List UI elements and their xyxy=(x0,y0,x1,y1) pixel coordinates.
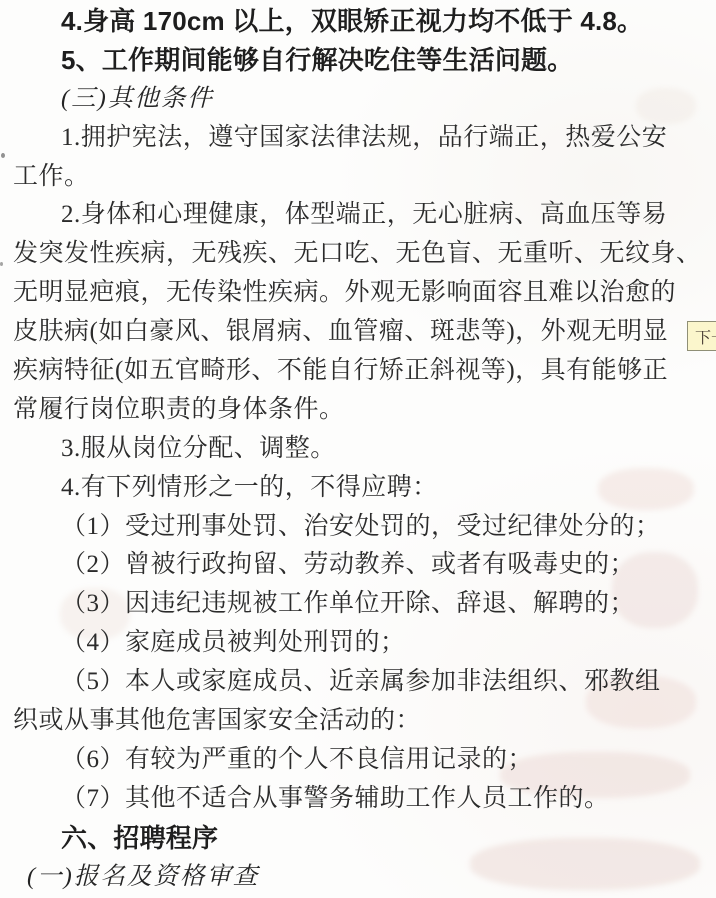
document-page: 4.身高 170cm 以上，双眼矫正视力均不低于 4.8。 5、工作期间能够自行… xyxy=(0,0,716,898)
next-page-button[interactable]: 下一 xyxy=(687,321,716,351)
doc-line list-item: （2）曾被行政拘留、劳动教养、或者有吸毒史的； xyxy=(13,546,706,585)
doc-line: 发突发性疾病，无残疾、无口吃、无色盲、无重听、无纹身、 xyxy=(13,235,706,274)
doc-line list-item: （6）有较为严重的个人不良信用记录的； xyxy=(13,741,706,780)
doc-line list-item: （4）家庭成员被判处刑罚的； xyxy=(13,624,706,663)
document-text: 4.身高 170cm 以上，双眼矫正视力均不低于 4.8。 5、工作期间能够自行… xyxy=(0,0,716,896)
doc-line: 1.拥护宪法，遵守国家法律法规，品行端正，热爱公安 xyxy=(13,119,706,158)
doc-line: 4.身高 170cm 以上，双眼矫正视力均不低于 4.8。 xyxy=(13,2,706,41)
doc-line section-heading: 六、招聘程序 xyxy=(13,819,706,858)
doc-line: 织或从事其他危害国家安全活动的： xyxy=(13,702,706,741)
next-page-button-label: 下一 xyxy=(695,325,716,348)
doc-line section-heading: (三)其他条件 xyxy=(13,80,706,119)
doc-line: 5、工作期间能够自行解决吃住等生活问题。 xyxy=(13,41,706,80)
doc-line: 疾病特征(如五官畸形、不能自行矫正斜视等)，具有能够正 xyxy=(13,352,706,391)
doc-line list-item: （5）本人或家庭成员、近亲属参加非法组织、邪教组 xyxy=(13,663,706,702)
doc-line list-item: （3）因违纪违规被工作单位开除、辞退、解聘的； xyxy=(13,585,706,624)
doc-line: 工作。 xyxy=(13,158,706,197)
doc-line: 无明显疤痕，无传染性疾病。外观无影响面容且难以治愈的 xyxy=(13,274,706,313)
doc-line list-item: （1）受过刑事处罚、治安处罚的，受过纪律处分的； xyxy=(13,508,706,547)
doc-line: 皮肤病(如白豪风、银屑病、血管瘤、斑悲等)，外观无明显 xyxy=(13,313,706,352)
doc-line list-item: （7）其他不适合从事警务辅助工作人员工作的。 xyxy=(13,780,706,819)
doc-line: 3.服从岗位分配、调整。 xyxy=(13,430,706,469)
doc-line section-heading: (一)报名及资格审查 xyxy=(13,858,706,897)
doc-line: 2.身体和心理健康，体型端正，无心脏病、高血压等易 xyxy=(13,196,706,235)
doc-line: 常履行岗位职责的身体条件。 xyxy=(13,391,706,430)
doc-line: 4.有下列情形之一的，不得应聘： xyxy=(13,469,706,508)
